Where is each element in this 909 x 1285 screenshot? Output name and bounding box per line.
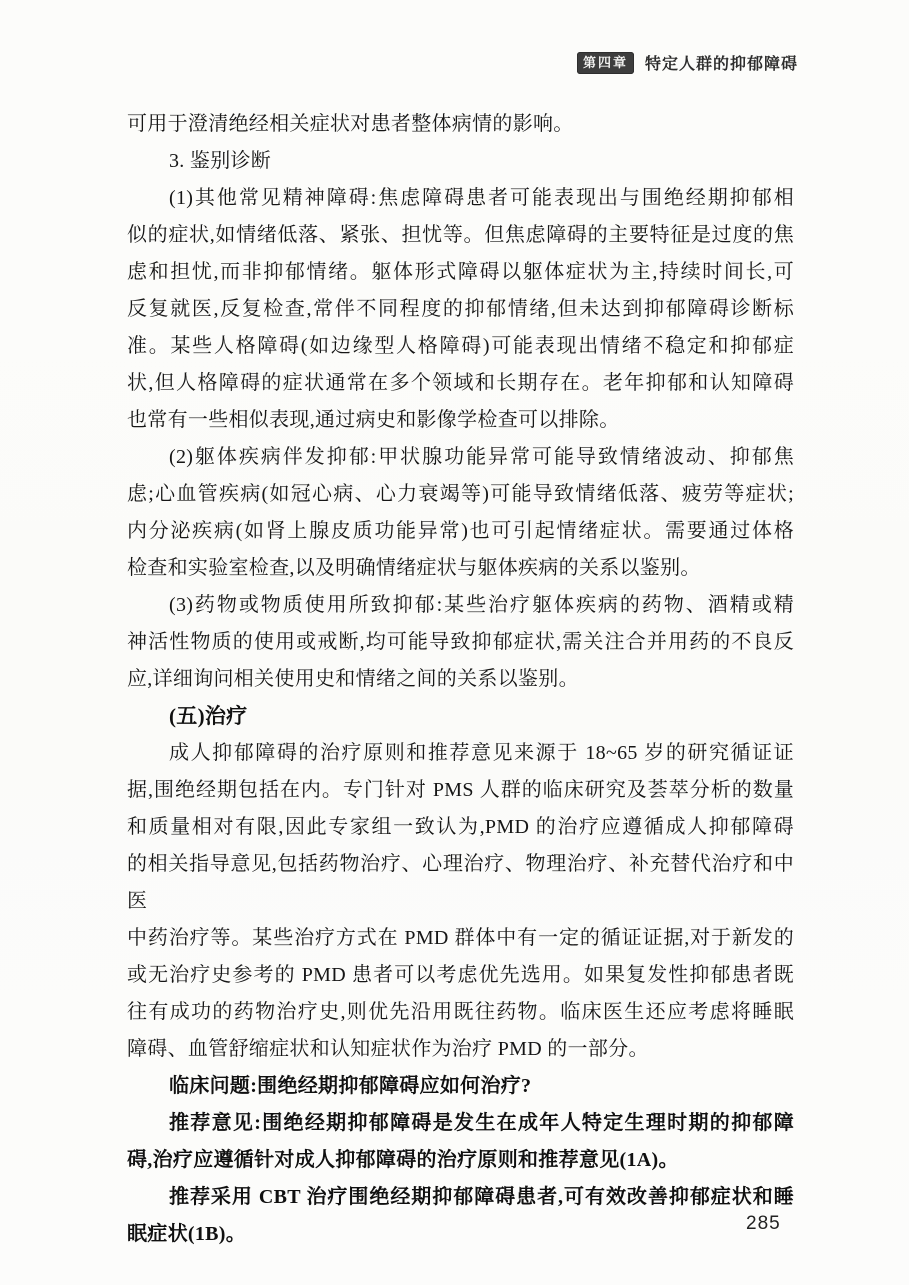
text-line: 3. 鉴别诊断: [127, 143, 794, 180]
text-line: 反复就医,反复检查,常伴不同程度的抑郁情绪,但未达到抑郁障碍诊断标: [127, 291, 794, 328]
text-line: 的相关指导意见,包括药物治疗、心理治疗、物理治疗、补充替代治疗和中医: [127, 846, 794, 920]
text-line: 也常有一些相似表现,通过病史和影像学检查可以排除。: [127, 402, 794, 439]
text-line: 和质量相对有限,因此专家组一致认为,PMD 的治疗应遵循成人抑郁障碍: [127, 809, 794, 846]
text-line: 似的症状,如情绪低落、紧张、担忧等。但焦虑障碍的主要特征是过度的焦: [127, 217, 794, 254]
text-line: 应,详细询问相关使用史和情绪之间的关系以鉴别。: [127, 661, 794, 698]
text-line: 推荐采用 CBT 治疗围绝经期抑郁障碍患者,可有效改善抑郁症状和睡: [127, 1179, 794, 1216]
text-line: 碍,治疗应遵循针对成人抑郁障碍的治疗原则和推荐意见(1A)。: [127, 1142, 794, 1179]
text-line: 临床问题:围绝经期抑郁障碍应如何治疗?: [127, 1068, 794, 1105]
text-line: (五)治疗: [127, 698, 794, 735]
page-number: 285: [746, 1213, 781, 1235]
text-line: 可用于澄清绝经相关症状对患者整体病情的影响。: [127, 106, 794, 143]
chapter-badge: 第四章: [577, 52, 634, 74]
text-line: 往有成功的药物治疗史,则优先沿用既往药物。临床医生还应考虑将睡眠: [127, 994, 794, 1031]
text-line: (2)躯体疾病伴发抑郁:甲状腺功能异常可能导致情绪波动、抑郁焦: [127, 439, 794, 476]
text-line: 眠症状(1B)。: [127, 1216, 794, 1253]
body-text: 可用于澄清绝经相关症状对患者整体病情的影响。3. 鉴别诊断(1)其他常见精神障碍…: [127, 106, 794, 1253]
chapter-title: 特定人群的抑郁障碍: [645, 51, 798, 74]
text-line: 虑;心血管疾病(如冠心病、心力衰竭等)可能导致情绪低落、疲劳等症状;: [127, 476, 794, 513]
book-page: 第四章 特定人群的抑郁障碍 可用于澄清绝经相关症状对患者整体病情的影响。3. 鉴…: [0, 0, 909, 1285]
text-line: 推荐意见:围绝经期抑郁障碍是发生在成年人特定生理时期的抑郁障: [127, 1105, 794, 1142]
text-line: 神活性物质的使用或戒断,均可能导致抑郁症状,需关注合并用药的不良反: [127, 624, 794, 661]
text-line: (3)药物或物质使用所致抑郁:某些治疗躯体疾病的药物、酒精或精: [127, 587, 794, 624]
text-line: 状,但人格障碍的症状通常在多个领域和长期存在。老年抑郁和认知障碍: [127, 365, 794, 402]
text-line: (1)其他常见精神障碍:焦虑障碍患者可能表现出与围绝经期抑郁相: [127, 180, 794, 217]
text-line: 内分泌疾病(如肾上腺皮质功能异常)也可引起情绪症状。需要通过体格: [127, 513, 794, 550]
text-line: 虑和担忧,而非抑郁情绪。躯体形式障碍以躯体症状为主,持续时间长,可: [127, 254, 794, 291]
text-line: 准。某些人格障碍(如边缘型人格障碍)可能表现出情绪不稳定和抑郁症: [127, 328, 794, 365]
text-line: 或无治疗史参考的 PMD 患者可以考虑优先选用。如果复发性抑郁患者既: [127, 957, 794, 994]
text-line: 检查和实验室检查,以及明确情绪症状与躯体疾病的关系以鉴别。: [127, 550, 794, 587]
text-line: 中药治疗等。某些治疗方式在 PMD 群体中有一定的循证证据,对于新发的: [127, 920, 794, 957]
text-line: 成人抑郁障碍的治疗原则和推荐意见来源于 18~65 岁的研究循证证: [127, 735, 794, 772]
text-line: 据,围绝经期包括在内。专门针对 PMS 人群的临床研究及荟萃分析的数量: [127, 772, 794, 809]
text-line: 障碍、血管舒缩症状和认知症状作为治疗 PMD 的一部分。: [127, 1031, 794, 1068]
running-header: 第四章 特定人群的抑郁障碍: [577, 51, 798, 74]
